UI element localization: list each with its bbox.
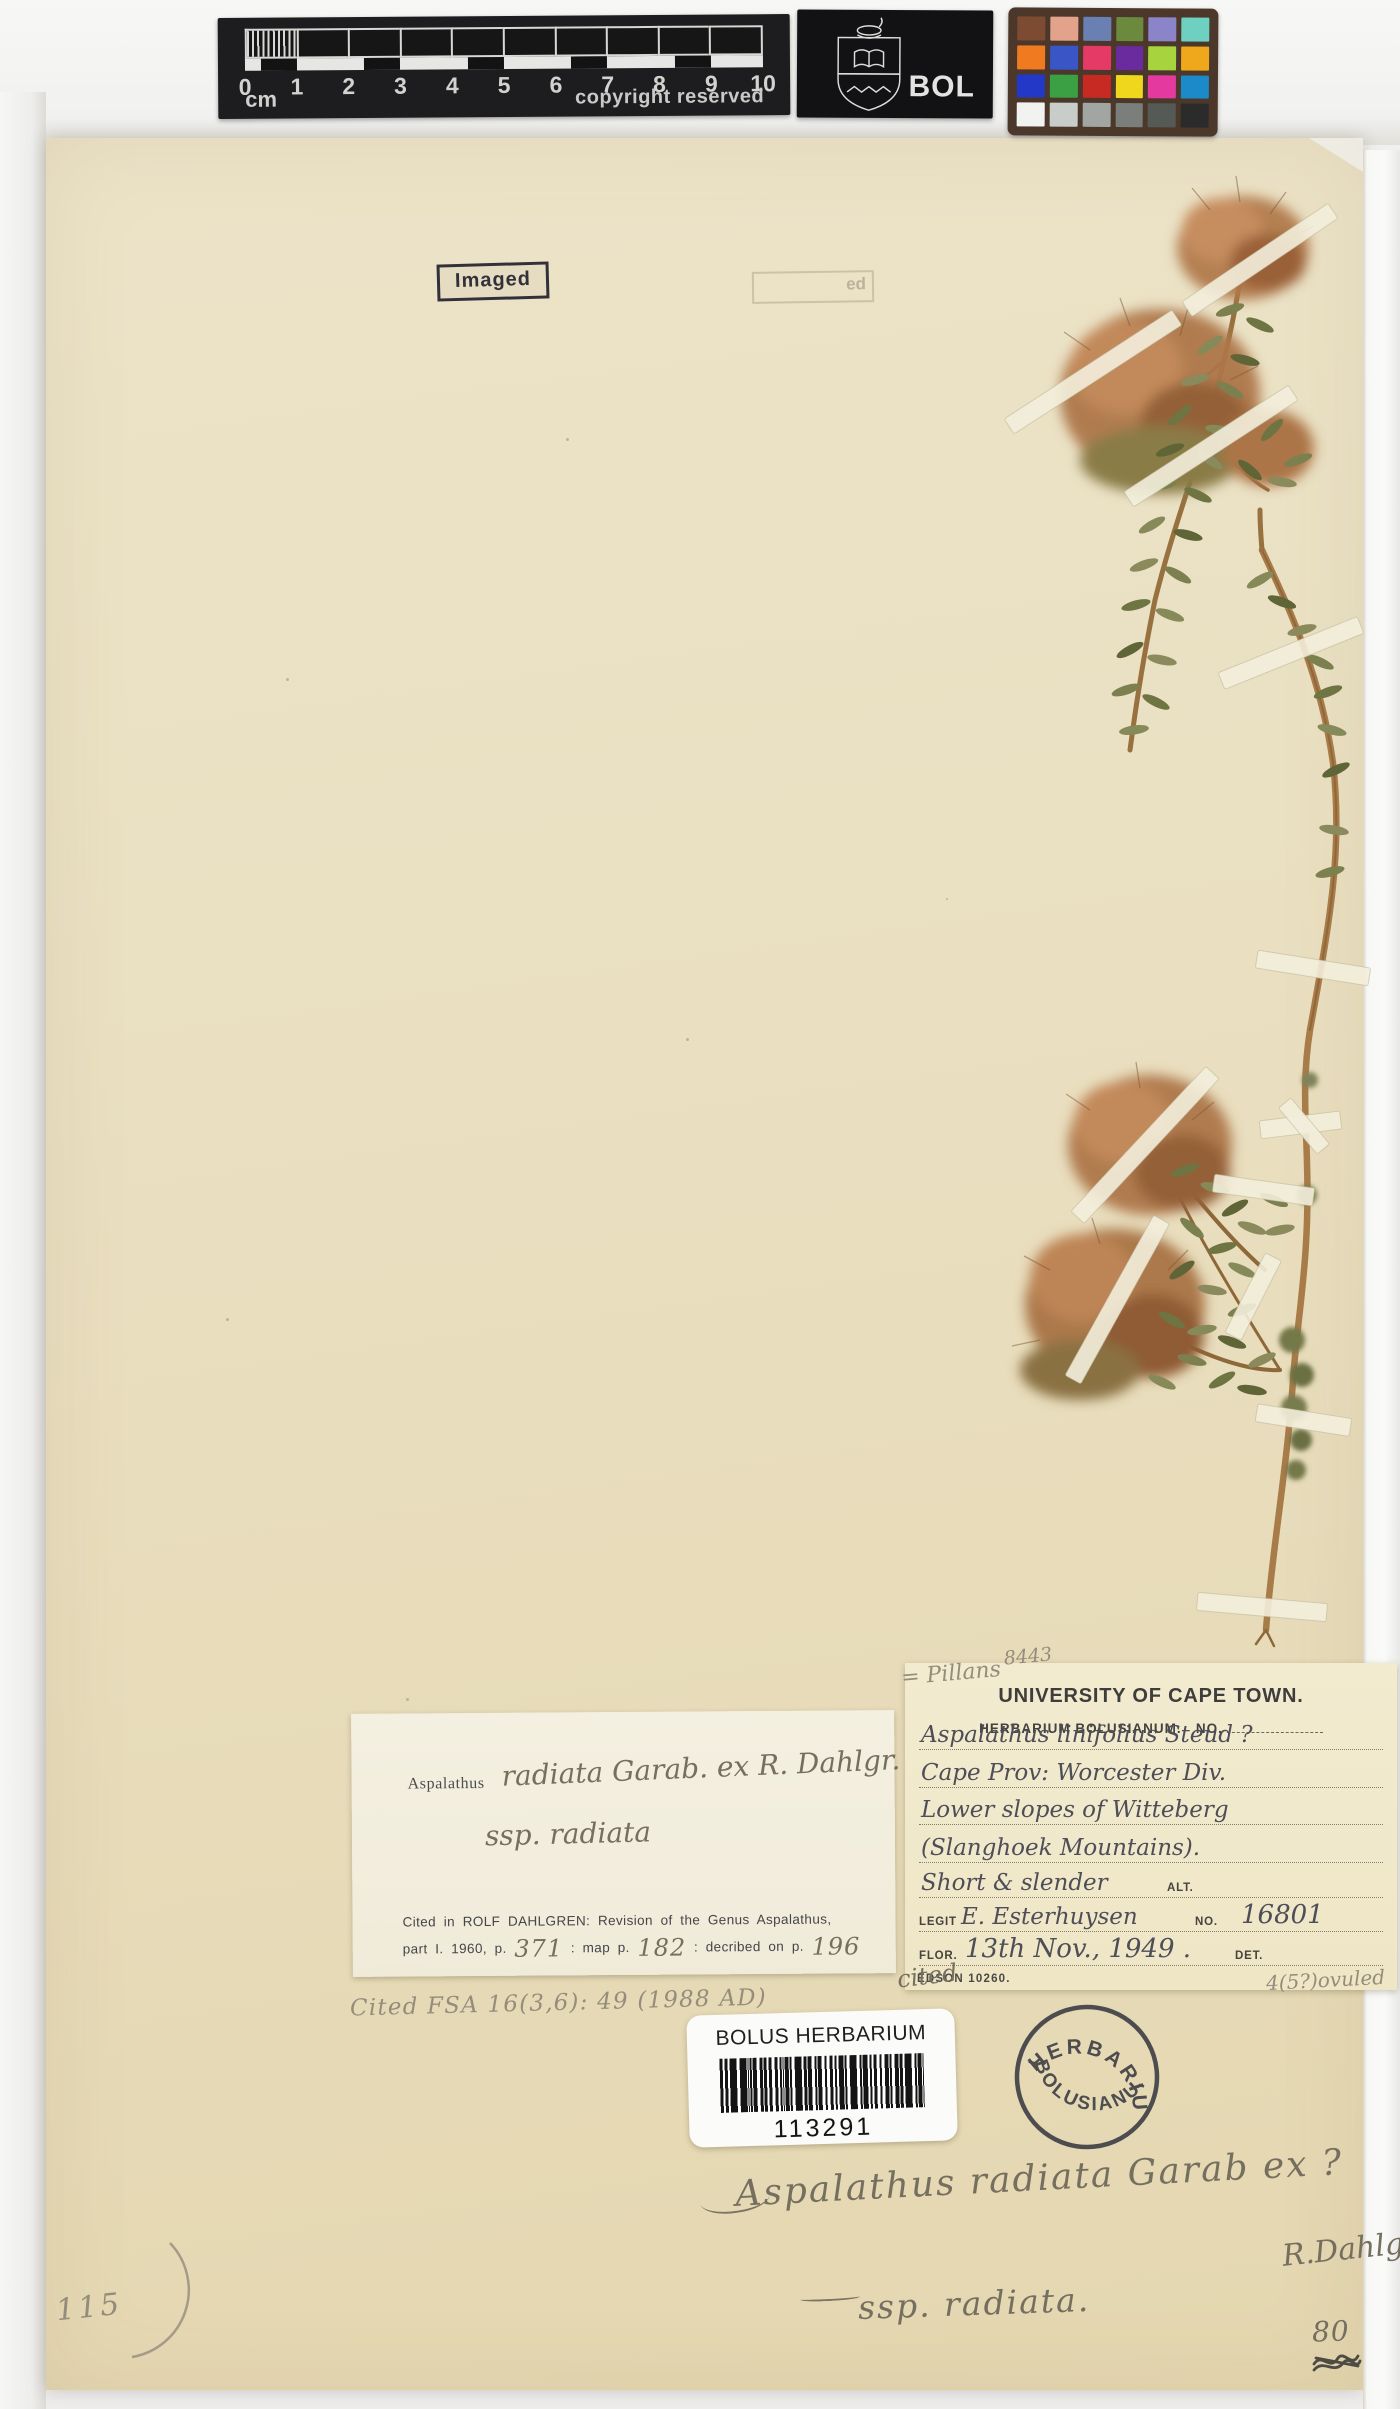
color-patch-r4c6 [1181,104,1209,128]
scale-tick-4: 4 [446,72,459,99]
uct-herbarium-label: = Pillans8443 UNIVERSITY OF CAPE TOWN. H… [905,1663,1397,1990]
pencil-arc-mark [70,2235,210,2375]
color-patch-r4c3 [1082,103,1110,127]
det-species-handwritten: radiata Garab. ex R. Dahlgr. [501,1743,901,1793]
color-patch-r1c3 [1083,17,1111,41]
flower-heads [1012,176,1314,1400]
det-cite-page3: 196 [811,1932,860,1960]
color-patch-r2c2 [1050,45,1078,69]
det-subspecies-handwritten: ssp. radiata [485,1815,652,1852]
herbarium-round-stamp: HERBARIUM BOLUSIANUM - - [1002,1992,1172,2162]
det-citation: Cited in ROLF DAHLGREN: Revision of the … [402,1905,860,1963]
det-cite-page1: 371 [514,1934,563,1962]
color-patch-r3c6 [1181,75,1209,99]
color-patch-r3c1 [1017,74,1045,98]
barcode-title: BOLUS HERBARIUM [687,2020,956,2051]
color-patch-r3c4 [1115,75,1143,99]
barcode-number: 113291 [689,2110,958,2146]
copyright-label: copyright reserved [575,85,764,109]
scribbled-out-number [1310,2348,1364,2378]
uct-label-title: UNIVERSITY OF CAPE TOWN. [905,1685,1397,1708]
accession-number-80: 80 [1311,2314,1350,2348]
barcode-icon [719,2053,924,2113]
color-patch-r2c6 [1181,46,1209,70]
color-patch-r4c5 [1148,103,1176,127]
color-patch-r1c6 [1181,17,1209,41]
determination-label: Aspalathus radiata Garab. ex R. Dahlgr. … [351,1710,896,1977]
color-patch-r4c1 [1017,103,1045,127]
label-row-collector: LEGIT E. Esterhuysen NO. 16801 [919,1894,1383,1932]
scale-tick-1: 1 [290,73,303,100]
det-cite-page2: 182 [637,1934,686,1962]
plant-specimen [930,130,1400,1690]
label-row-locality3: (Slanghoek Mountains). [919,1825,1383,1863]
scale-unit-label: cm [245,87,277,113]
color-patch-r2c5 [1148,46,1176,70]
scale-tick-3: 3 [394,73,407,100]
color-patch-r4c4 [1115,103,1143,127]
color-patch-r1c4 [1116,17,1144,41]
color-patch-r1c5 [1149,17,1177,41]
bol-code-label: BOL [908,70,975,104]
photographic-scale-bar: 012345678910 cm copyright reserved [218,14,791,119]
color-patch-r3c5 [1148,75,1176,99]
color-patch-r3c3 [1082,74,1110,98]
bol-herbarium-plate: BOL [797,9,994,118]
faint-stamp: ed [752,270,874,304]
label-row-locality1: Cape Prov: Worcester Div. [919,1750,1383,1788]
scale-checker-row [245,25,763,59]
color-patch-r2c3 [1083,46,1111,70]
color-calibration-card [1008,7,1219,136]
label-row-flowering: FLOR. 13th Nov., 1949 . DET. [919,1928,1383,1966]
label-row-taxon: Aspalathus linifolius Steud ? [919,1712,1383,1750]
scale-tick-2: 2 [342,73,355,100]
bottom-script-subspecies: ssp. radiata. [857,2280,1090,2327]
label-row-habit: Short & slender ALT. [919,1860,1383,1898]
uct-shield-icon [823,16,916,114]
color-patch-r2c4 [1116,46,1144,70]
scale-tick-5: 5 [498,72,511,99]
color-patch-r2c1 [1017,45,1045,69]
imaged-stamp: Imaged [437,261,550,301]
herbarium-scan: 012345678910 cm copyright reserved BOL I… [0,0,1400,2409]
det-genus-printed: Aspalathus [408,1775,485,1794]
color-patch-r4c2 [1049,103,1077,127]
scanner-background-left [0,92,46,2409]
barcode-label: BOLUS HERBARIUM 113291 [686,2008,958,2147]
scale-tick-6: 6 [549,72,562,99]
label-row-locality2: Lower slopes of Witteberg [919,1787,1383,1825]
color-patch-r3c2 [1050,74,1078,98]
scale-half-cm-row [245,55,763,71]
color-patch-r1c1 [1017,16,1045,40]
color-patch-r1c2 [1050,17,1078,41]
